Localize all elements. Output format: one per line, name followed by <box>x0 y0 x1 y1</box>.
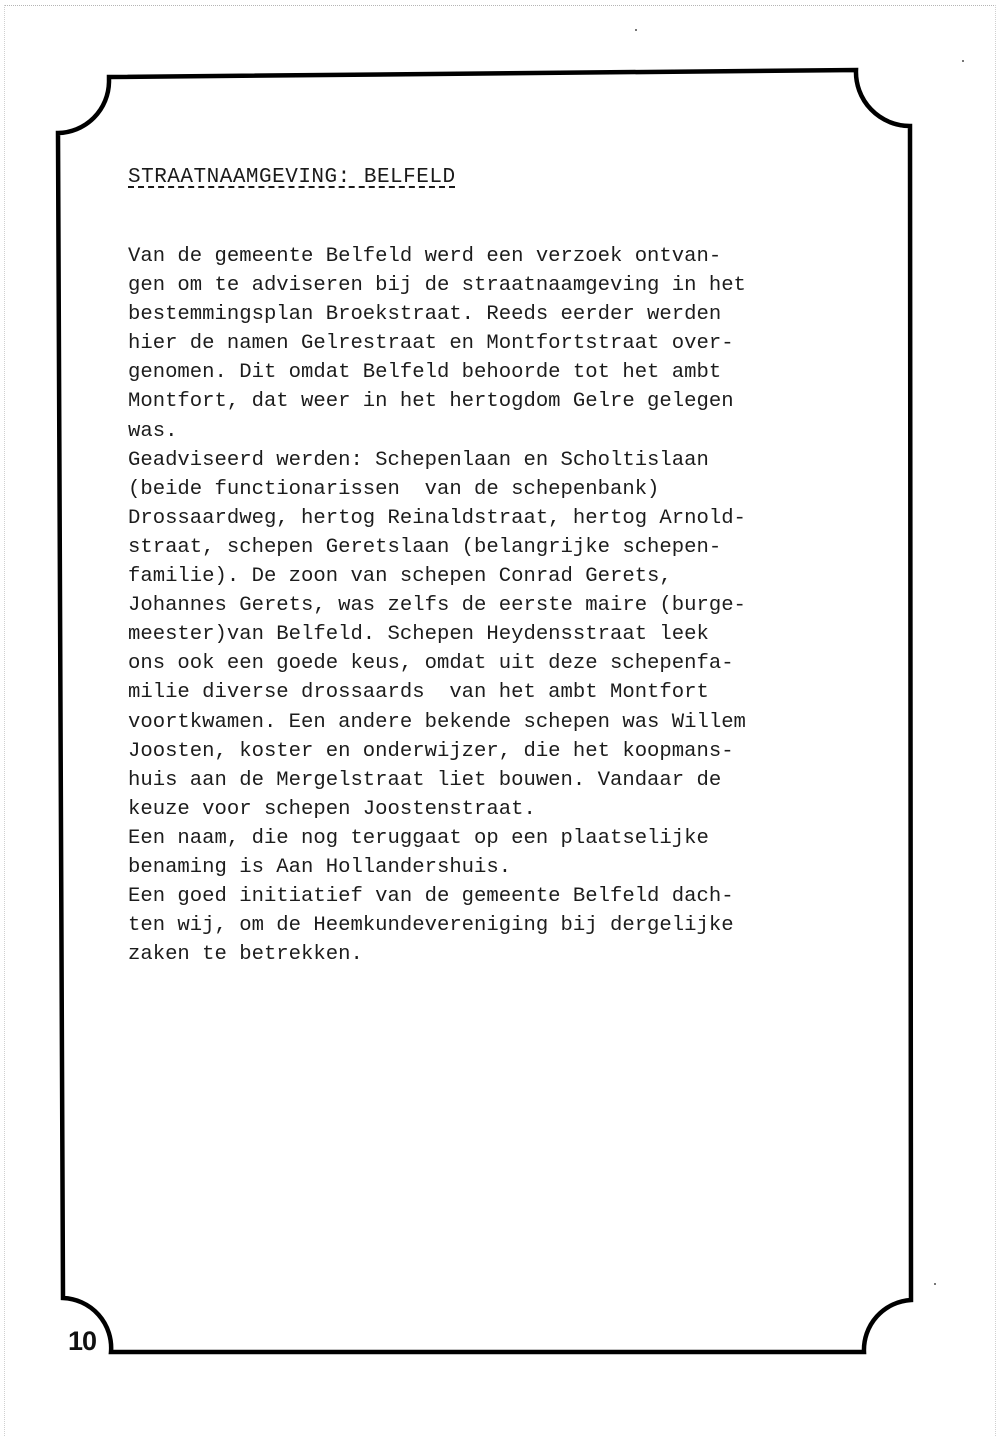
page-number: 10 <box>68 1326 96 1357</box>
text-line: genomen. Dit omdat Belfeld behoorde tot … <box>128 358 908 387</box>
text-line: Van de gemeente Belfeld werd een verzoek… <box>128 242 908 271</box>
text-line: benaming is Aan Hollandershuis. <box>128 853 908 882</box>
scan-speck <box>635 29 637 31</box>
text-line: huis aan de Mergelstraat liet bouwen. Va… <box>128 766 908 795</box>
text-line: meester)van Belfeld. Schepen Heydensstra… <box>128 620 908 649</box>
text-line: hier de namen Gelrestraat en Montfortstr… <box>128 329 908 358</box>
text-line: Een naam, die nog teruggaat op een plaat… <box>128 824 908 853</box>
text-line: ten wij, om de Heemkundevereniging bij d… <box>128 911 908 940</box>
text-line: Montfort, dat weer in het hertogdom Gelr… <box>128 387 908 416</box>
text-line: keuze voor schepen Joostenstraat. <box>128 795 908 824</box>
body-text: Van de gemeente Belfeld werd een verzoek… <box>128 242 908 969</box>
text-line: Drossaardweg, hertog Reinaldstraat, hert… <box>128 504 908 533</box>
text-line: Joosten, koster en onderwijzer, die het … <box>128 737 908 766</box>
text-line: ons ook een goede keus, omdat uit deze s… <box>128 649 908 678</box>
text-line: gen om te adviseren bij de straatnaamgev… <box>128 271 908 300</box>
text-line: (beide functionarissen van de schepenban… <box>128 475 908 504</box>
text-line: milie diverse drossaards van het ambt Mo… <box>128 678 908 707</box>
text-line: Geadviseerd werden: Schepenlaan en Schol… <box>128 446 908 475</box>
scan-speck <box>934 1283 936 1285</box>
text-line: bestemmingsplan Broekstraat. Reeds eerde… <box>128 300 908 329</box>
scan-speck <box>962 60 964 62</box>
page-title: STRAATNAAMGEVING: BELFELD <box>128 166 456 189</box>
text-line: Een goed initiatief van de gemeente Belf… <box>128 882 908 911</box>
text-line: familie). De zoon van schepen Conrad Ger… <box>128 562 908 591</box>
text-line: straat, schepen Geretslaan (belangrijke … <box>128 533 908 562</box>
text-line: was. <box>128 417 908 446</box>
text-line: Johannes Gerets, was zelfs de eerste mai… <box>128 591 908 620</box>
text-line: voortkwamen. Een andere bekende schepen … <box>128 708 908 737</box>
text-line: zaken te betrekken. <box>128 940 908 969</box>
